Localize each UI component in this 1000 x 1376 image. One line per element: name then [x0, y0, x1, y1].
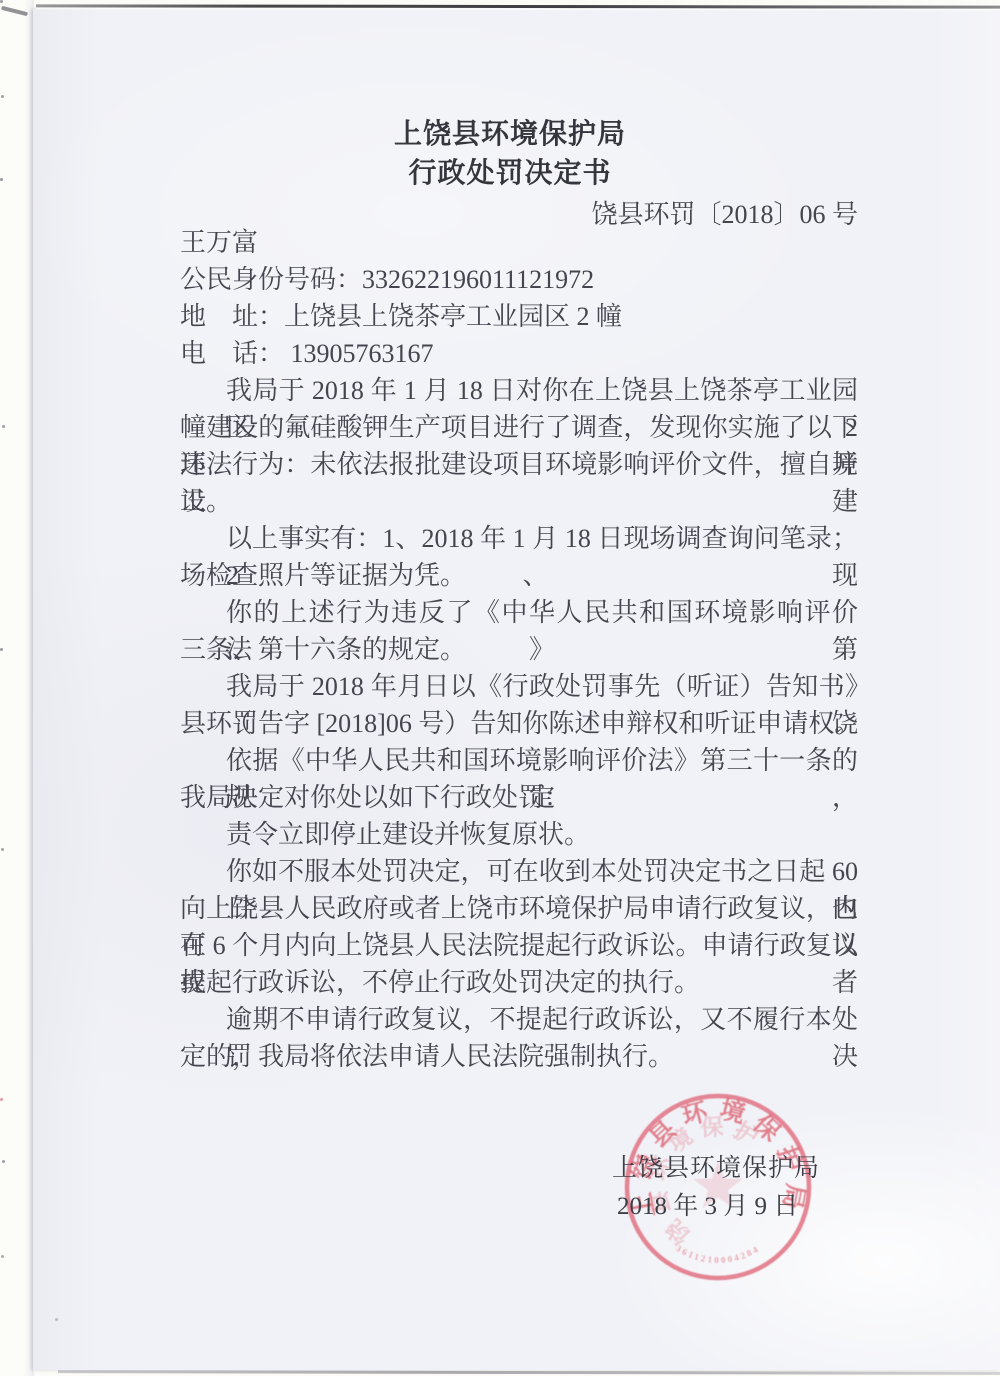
scan-specks: [0, 0, 3, 3]
scanned-document-page: 上饶县环境保护局 行政处罚决定书 饶县环罚〔2018〕06 号 王万富公民身份号…: [0, 0, 1000, 1376]
body-text-line: 我局于 2018 年月日以《行政处罚事先（听证）告知书》（饶: [180, 668, 858, 705]
body-text-line: 以上事实有：1、2018 年 1 月 18 日现场调查询问笔录；2、现: [180, 520, 858, 557]
body-text-line: 你如不服本处罚决定，可在收到本处罚决定书之日起 60 日内: [180, 853, 858, 890]
body-text-line: 公民身份号码：332622196011121972: [180, 261, 858, 298]
scanner-background-strip: [0, 0, 34, 1376]
body-text-line: 我局于 2018 年 1 月 18 日对你在上饶县上饶茶亭工业园区 2: [180, 372, 858, 409]
paper-bottom-edge-shadow: [58, 1370, 1000, 1375]
body-text-line: 逾期不申请行政复议，不提起行政诉讼，又不履行本处罚决: [180, 1001, 858, 1038]
body-text-line: 地 址：上饶县上饶茶亭工业园区 2 幢: [180, 298, 858, 335]
body-text-line: 幢建设的氟硅酸钾生产项目进行了调查，发现你实施了以下环境: [180, 409, 858, 446]
body-text-line: 责令立即停止建设并恢复原状。: [180, 816, 858, 853]
document-title-type: 行政处罚决定书: [150, 151, 870, 191]
body-text-line: 违法行为：未依法报批建设项目环境影响评价文件，擅自开工建: [180, 446, 858, 483]
document-title-organization: 上饶县环境保护局: [150, 112, 870, 152]
body-text-line: 电 话： 13905763167: [180, 335, 858, 372]
signature-date: 2018 年 3 月 9 日: [617, 1186, 798, 1222]
document-body: 王万富公民身份号码：332622196011121972地 址：上饶县上饶茶亭工…: [180, 224, 858, 1075]
body-text-line: 王万富: [180, 224, 858, 261]
body-text-line: 你的上述行为违反了《中华人民共和国环境影响评价法》第: [180, 594, 858, 631]
body-text-line: 向上饶县人民政府或者上饶市环境保护局申请行政复议，也可以: [180, 890, 858, 927]
body-text-line: 县环罚告字 [2018]06 号）告知你陈述申辩权和听证申请权。: [180, 705, 858, 742]
signature-organization: 上饶县环境保护局: [612, 1148, 820, 1184]
body-text-line: 在 6 个月内向上饶县人民法院提起行政诉讼。申请行政复议或者: [180, 927, 858, 964]
body-text-line: 依据《中华人民共和国环境影响评价法》第三十一条的规定，: [180, 742, 858, 779]
seal-serial-number: 3611210004284: [674, 1243, 761, 1265]
